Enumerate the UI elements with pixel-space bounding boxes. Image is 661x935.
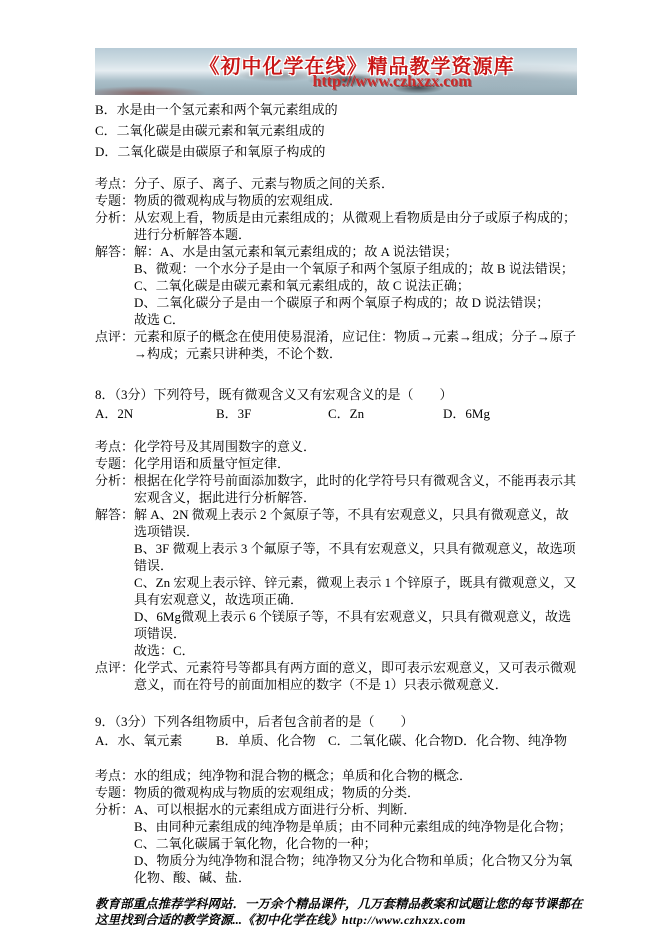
zhuanti-text: 物质的微观构成与物质的宏观组成．: [134, 192, 579, 209]
zhuanti-row: 专题： 物质的微观构成与物质的宏观组成．: [95, 192, 579, 209]
dianping-text: 元素和原子的概念在使用使易混淆，应记住：物质→元素→组成；分子→原子→构成；元素…: [134, 328, 579, 362]
footer-url[interactable]: http://www.czhxzx.com: [342, 913, 466, 927]
zhuanti-row: 专题： 化学用语和质量守恒定律．: [95, 455, 579, 472]
fenxi-text: 根据在化学符号前面添加数字，此时的化学符号只有微观含义，不能再表示其宏观含义，据…: [134, 472, 579, 506]
fenxi-text: A、可以根据水的元素组成方面进行分析、判断． B、由同种元素组成的纯净物是单质；…: [134, 801, 579, 886]
jieda-line: D、6Mg微观上表示 6 个镁原子等，不具有宏观意义，只具有微观意义，故选项错误…: [134, 608, 579, 642]
jieda-row: 解答： 解 A、2N 微观上表示 2 个氮原子等，不具有宏观意义，只具有微观意义…: [95, 506, 579, 659]
zhuanti-label: 专题：: [95, 192, 134, 209]
kaodian-text: 分子、原子、离子、元素与物质之间的关系．: [134, 175, 579, 192]
question9-options: A．水、氧元素 B．单质、化合物 C．二氧化碳、化合物 D．化合物、纯净物: [95, 730, 579, 751]
option-a: A．2N: [95, 403, 216, 424]
fenxi-label: 分析：: [95, 472, 134, 506]
jieda-line: B、微观：一个水分子是由一个氧原子和两个氢原子组成的；故 B 说法错误；: [134, 260, 579, 277]
dianping-text: 化学式、元素符号等都具有两方面的意义，即可表示宏观意义，又可表示微观意义，而在符…: [134, 659, 579, 693]
kaodian-text: 水的组成；纯净物和混合物的概念；单质和化合物的概念．: [134, 767, 579, 784]
fenxi-row: 分析： 根据在化学符号前面添加数字，此时的化学符号只有微观含义，不能再表示其宏观…: [95, 472, 579, 506]
jieda-text: 解：A、水是由氢元素和氧元素组成的；故 A 说法错误； B、微观：一个水分子是由…: [134, 243, 579, 328]
kaodian-label: 考点：: [95, 438, 134, 455]
jieda-line: C、二氧化碳是由碳元素和氧元素组成的，故 C 说法正确；: [134, 277, 579, 294]
kaodian-row: 考点： 分子、原子、离子、元素与物质之间的关系．: [95, 175, 579, 192]
fenxi-row: 分析： A、可以根据水的元素组成方面进行分析、判断． B、由同种元素组成的纯净物…: [95, 801, 579, 886]
question9-title: 9．（3分）下列各组物质中，后者包含前者的是（ ）: [95, 713, 579, 730]
dianping-row: 点评： 化学式、元素符号等都具有两方面的意义，即可表示宏观意义，又可表示微观意义…: [95, 659, 579, 693]
document-page: 《初中化学在线》精品教学资源库 http://www.czhxzx.com B．…: [0, 48, 661, 928]
question8-explanation: 考点： 化学符号及其周围数字的意义． 专题： 化学用语和质量守恒定律． 分析： …: [95, 438, 579, 693]
zhuanti-label: 专题：: [95, 455, 134, 472]
fenxi-line: D、物质分为纯净物和混合物；纯净物又分为化合物和单质；化合物又分为氧化物、酸、碱…: [134, 852, 579, 886]
option-c: C．Zn: [328, 403, 443, 424]
fenxi-line: A、可以根据水的元素组成方面进行分析、判断．: [134, 801, 579, 818]
fenxi-label: 分析：: [95, 801, 134, 886]
option-a: A．水、氧元素: [95, 730, 216, 751]
zhuanti-text: 物质的微观构成与物质的宏观组成；物质的分类．: [134, 784, 579, 801]
jieda-row: 解答： 解：A、水是由氢元素和氧元素组成的；故 A 说法错误； B、微观：一个水…: [95, 243, 579, 328]
kaodian-label: 考点：: [95, 767, 134, 784]
zhuanti-text: 化学用语和质量守恒定律．: [134, 455, 579, 472]
banner-site-url[interactable]: http://www.czhxzx.com: [95, 73, 577, 91]
zhuanti-row: 专题： 物质的微观构成与物质的宏观组成；物质的分类．: [95, 784, 579, 801]
question9-explanation: 考点： 水的组成；纯净物和混合物的概念；单质和化合物的概念． 专题： 物质的微观…: [95, 767, 579, 886]
fenxi-line: B、由同种元素组成的纯净物是单质；由不同种元素组成的纯净物是化合物；: [134, 818, 579, 835]
fenxi-label: 分析：: [95, 209, 134, 243]
footer-promo: 教育部重点推荐学科网站．一万余个精品课件，几万套精品教案和试题让您的每节课都在这…: [95, 896, 585, 928]
option-d: D．化合物、纯净物: [454, 730, 579, 751]
option-d: D．6Mg: [443, 403, 579, 424]
jieda-line: C、Zn 宏观上表示锌、锌元素，微观上表示 1 个锌原子，既具有微观意义，又具有…: [134, 574, 579, 608]
jieda-line: 故选 C．: [134, 311, 579, 328]
option-c: C．二氧化碳是由碳元素和氧元素组成的: [95, 120, 579, 141]
jieda-text: 解 A、2N 微观上表示 2 个氮原子等，不具有宏观意义，只具有微观意义，故选项…: [134, 506, 579, 659]
jieda-line: 故选：C．: [134, 642, 579, 659]
fenxi-row: 分析： 从宏观上看，物质是由元素组成的；从微观上看物质是由分子或原子构成的；进行…: [95, 209, 579, 243]
kaodian-row: 考点： 水的组成；纯净物和混合物的概念；单质和化合物的概念．: [95, 767, 579, 784]
fenxi-line: C、二氧化碳属于氧化物，化合物的一种；: [134, 835, 579, 852]
jieda-line: D、二氧化碳分子是由一个碳原子和两个氧原子构成的；故 D 说法错误；: [134, 294, 579, 311]
site-banner-image: 《初中化学在线》精品教学资源库 http://www.czhxzx.com: [95, 48, 577, 95]
jieda-line: 解：A、水是由氢元素和氧元素组成的；故 A 说法错误；: [134, 243, 579, 260]
zhuanti-label: 专题：: [95, 784, 134, 801]
question8-options: A．2N B．3F C．Zn D．6Mg: [95, 403, 579, 424]
dianping-label: 点评：: [95, 328, 134, 362]
kaodian-text: 化学符号及其周围数字的意义．: [134, 438, 579, 455]
question7-options: B．水是由一个氢元素和两个氧元素组成的 C．二氧化碳是由碳元素和氧元素组成的 D…: [95, 99, 579, 162]
kaodian-row: 考点： 化学符号及其周围数字的意义．: [95, 438, 579, 455]
footer-text: 教育部重点推荐学科网站．一万余个精品课件，几万套精品教案和试题让您的每节课都在这…: [95, 897, 583, 927]
dianping-label: 点评：: [95, 659, 134, 693]
jieda-line: 解 A、2N 微观上表示 2 个氮原子等，不具有宏观意义，只具有微观意义，故选项…: [134, 506, 579, 540]
question8-title: 8．（3分）下列符号，既有微观含义又有宏观含义的是（ ）: [95, 386, 579, 403]
jieda-label: 解答：: [95, 243, 134, 328]
option-b: B．单质、化合物: [216, 730, 328, 751]
option-d: D．二氧化碳是由碳原子和氧原子构成的: [95, 141, 579, 162]
kaodian-label: 考点：: [95, 175, 134, 192]
option-c: C．二氧化碳、化合物: [328, 730, 454, 751]
option-b: B．3F: [216, 403, 328, 424]
fenxi-text: 从宏观上看，物质是由元素组成的；从微观上看物质是由分子或原子构成的；进行分析解答…: [134, 209, 579, 243]
jieda-line: B、3F 微观上表示 3 个氟原子等，不具有宏观意义，只具有微观意义，故选项错误…: [134, 540, 579, 574]
dianping-row: 点评： 元素和原子的概念在使用使易混淆，应记住：物质→元素→组成；分子→原子→构…: [95, 328, 579, 362]
option-b: B．水是由一个氢元素和两个氧元素组成的: [95, 99, 579, 120]
jieda-label: 解答：: [95, 506, 134, 659]
question7-explanation: 考点： 分子、原子、离子、元素与物质之间的关系． 专题： 物质的微观构成与物质的…: [95, 175, 579, 362]
